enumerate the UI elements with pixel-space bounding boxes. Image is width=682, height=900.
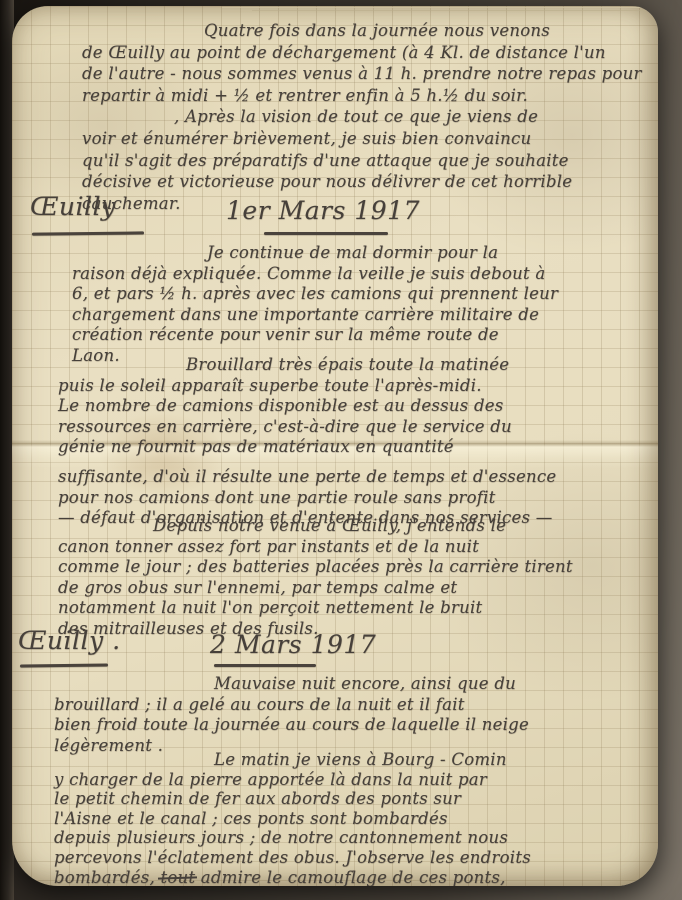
handwriting-line: le petit chemin de fer aux abords des po… (54, 789, 531, 809)
handwriting-line: de l'autre - nous sommes venus à 11 h. p… (82, 63, 642, 85)
handwriting-line: 6, et pars ½ h. après avec les camions q… (72, 284, 558, 305)
handwriting-line: depuis plusieurs jours ; de notre canton… (54, 828, 531, 848)
handwriting-line: percevons l'éclatement des obus. J'obser… (54, 848, 531, 868)
handwriting-line: raison déjà expliquée. Comme la veille j… (72, 264, 558, 285)
handwriting-line-with-strikethrough: bombardés, tout admire le camouflage de … (54, 868, 531, 886)
handwriting-line: ressources en carrière, c'est-à-dire que… (58, 417, 556, 438)
handwriting-line: suffisante, d'où il résulte une perte de… (58, 467, 556, 488)
handwriting-line: Brouillard très épais toute la matinée (186, 355, 556, 376)
handwriting-line: Le nombre de camions disponible est au d… (58, 396, 556, 417)
paragraph-entry1-2: Brouillard très épais toute la matinée p… (58, 355, 556, 529)
handwriting-line: pour nos camions dont une partie roule s… (58, 488, 556, 509)
underline-stroke (264, 232, 388, 235)
diary-page: Quatre fois dans la journée nous venons … (12, 6, 658, 886)
paragraph-entry2-1: Mauvaise nuit encore, ainsi que du broui… (54, 674, 529, 756)
handwriting-segment: bombardés, (54, 868, 160, 886)
underline-stroke (20, 664, 108, 668)
handwriting-line: qu'il s'agit des préparatifs d'une attaq… (82, 150, 642, 172)
handwriting-line: Quatre fois dans la journée nous venons (204, 20, 642, 42)
paragraph-entry1-1: Je continue de mal dormir pour la raison… (72, 243, 558, 367)
handwriting-line: décisive et victorieuse pour nous délivr… (82, 171, 642, 193)
handwriting-line: de gros obus sur l'ennemi, par temps cal… (58, 578, 573, 599)
handwriting-line: , Après la vision de tout ce que je vien… (174, 106, 642, 128)
paragraph-entry2-2: Le matin je viens à Bourg - Comin y char… (54, 750, 531, 886)
paragraph-entry1-3: Depuis notre venue à Œuilly, j'entends l… (58, 516, 573, 640)
handwriting-line: chargement dans une importante carrière … (72, 305, 558, 326)
handwriting-line: génie ne fournit pas de matériaux en qua… (58, 437, 556, 458)
entry-date: 1er Mars 1917 (226, 196, 420, 225)
struck-word: tout (160, 868, 195, 886)
handwriting-line: comme le jour ; des batteries placées pr… (58, 557, 573, 578)
entry-place: Œuilly . (18, 626, 121, 655)
handwriting-line: puis le soleil apparaît superbe toute l'… (58, 376, 556, 397)
handwriting-line: brouillard ; il a gelé au cours de la nu… (54, 695, 529, 716)
handwriting-line: canon tonner assez fort par instants et … (58, 537, 573, 558)
paragraph-continuation: Quatre fois dans la journée nous venons … (82, 20, 642, 214)
handwriting-line: bien froid toute la journée au cours de … (54, 715, 529, 736)
handwriting-line: l'Aisne et le canal ; ces ponts sont bom… (54, 809, 531, 829)
handwriting-line: voir et énumérer brièvement, je suis bie… (82, 128, 642, 150)
underline-stroke (32, 231, 144, 235)
handwriting-line: repartir à midi + ½ et rentrer enfin à 5… (82, 85, 642, 107)
underline-stroke (214, 664, 316, 667)
handwriting-segment: admire le camouflage de ces ponts, (195, 868, 505, 886)
entry-place: Œuilly (30, 192, 116, 221)
handwriting-line: Depuis notre venue à Œuilly, j'entends l… (153, 516, 573, 537)
handwriting-line: Je continue de mal dormir pour la (207, 243, 558, 264)
handwriting-line: de Œuilly au point de déchargement (à 4 … (82, 42, 642, 64)
handwriting-line: y charger de la pierre apportée là dans … (54, 770, 531, 790)
handwriting-line: Mauvaise nuit encore, ainsi que du (214, 674, 529, 695)
handwriting-line: Le matin je viens à Bourg - Comin (214, 750, 531, 770)
entry-date: 2 Mars 1917 (210, 630, 376, 659)
handwriting-line: création récente pour venir sur la même … (72, 325, 558, 346)
handwriting-line: notamment la nuit l'on perçoit nettement… (58, 598, 573, 619)
